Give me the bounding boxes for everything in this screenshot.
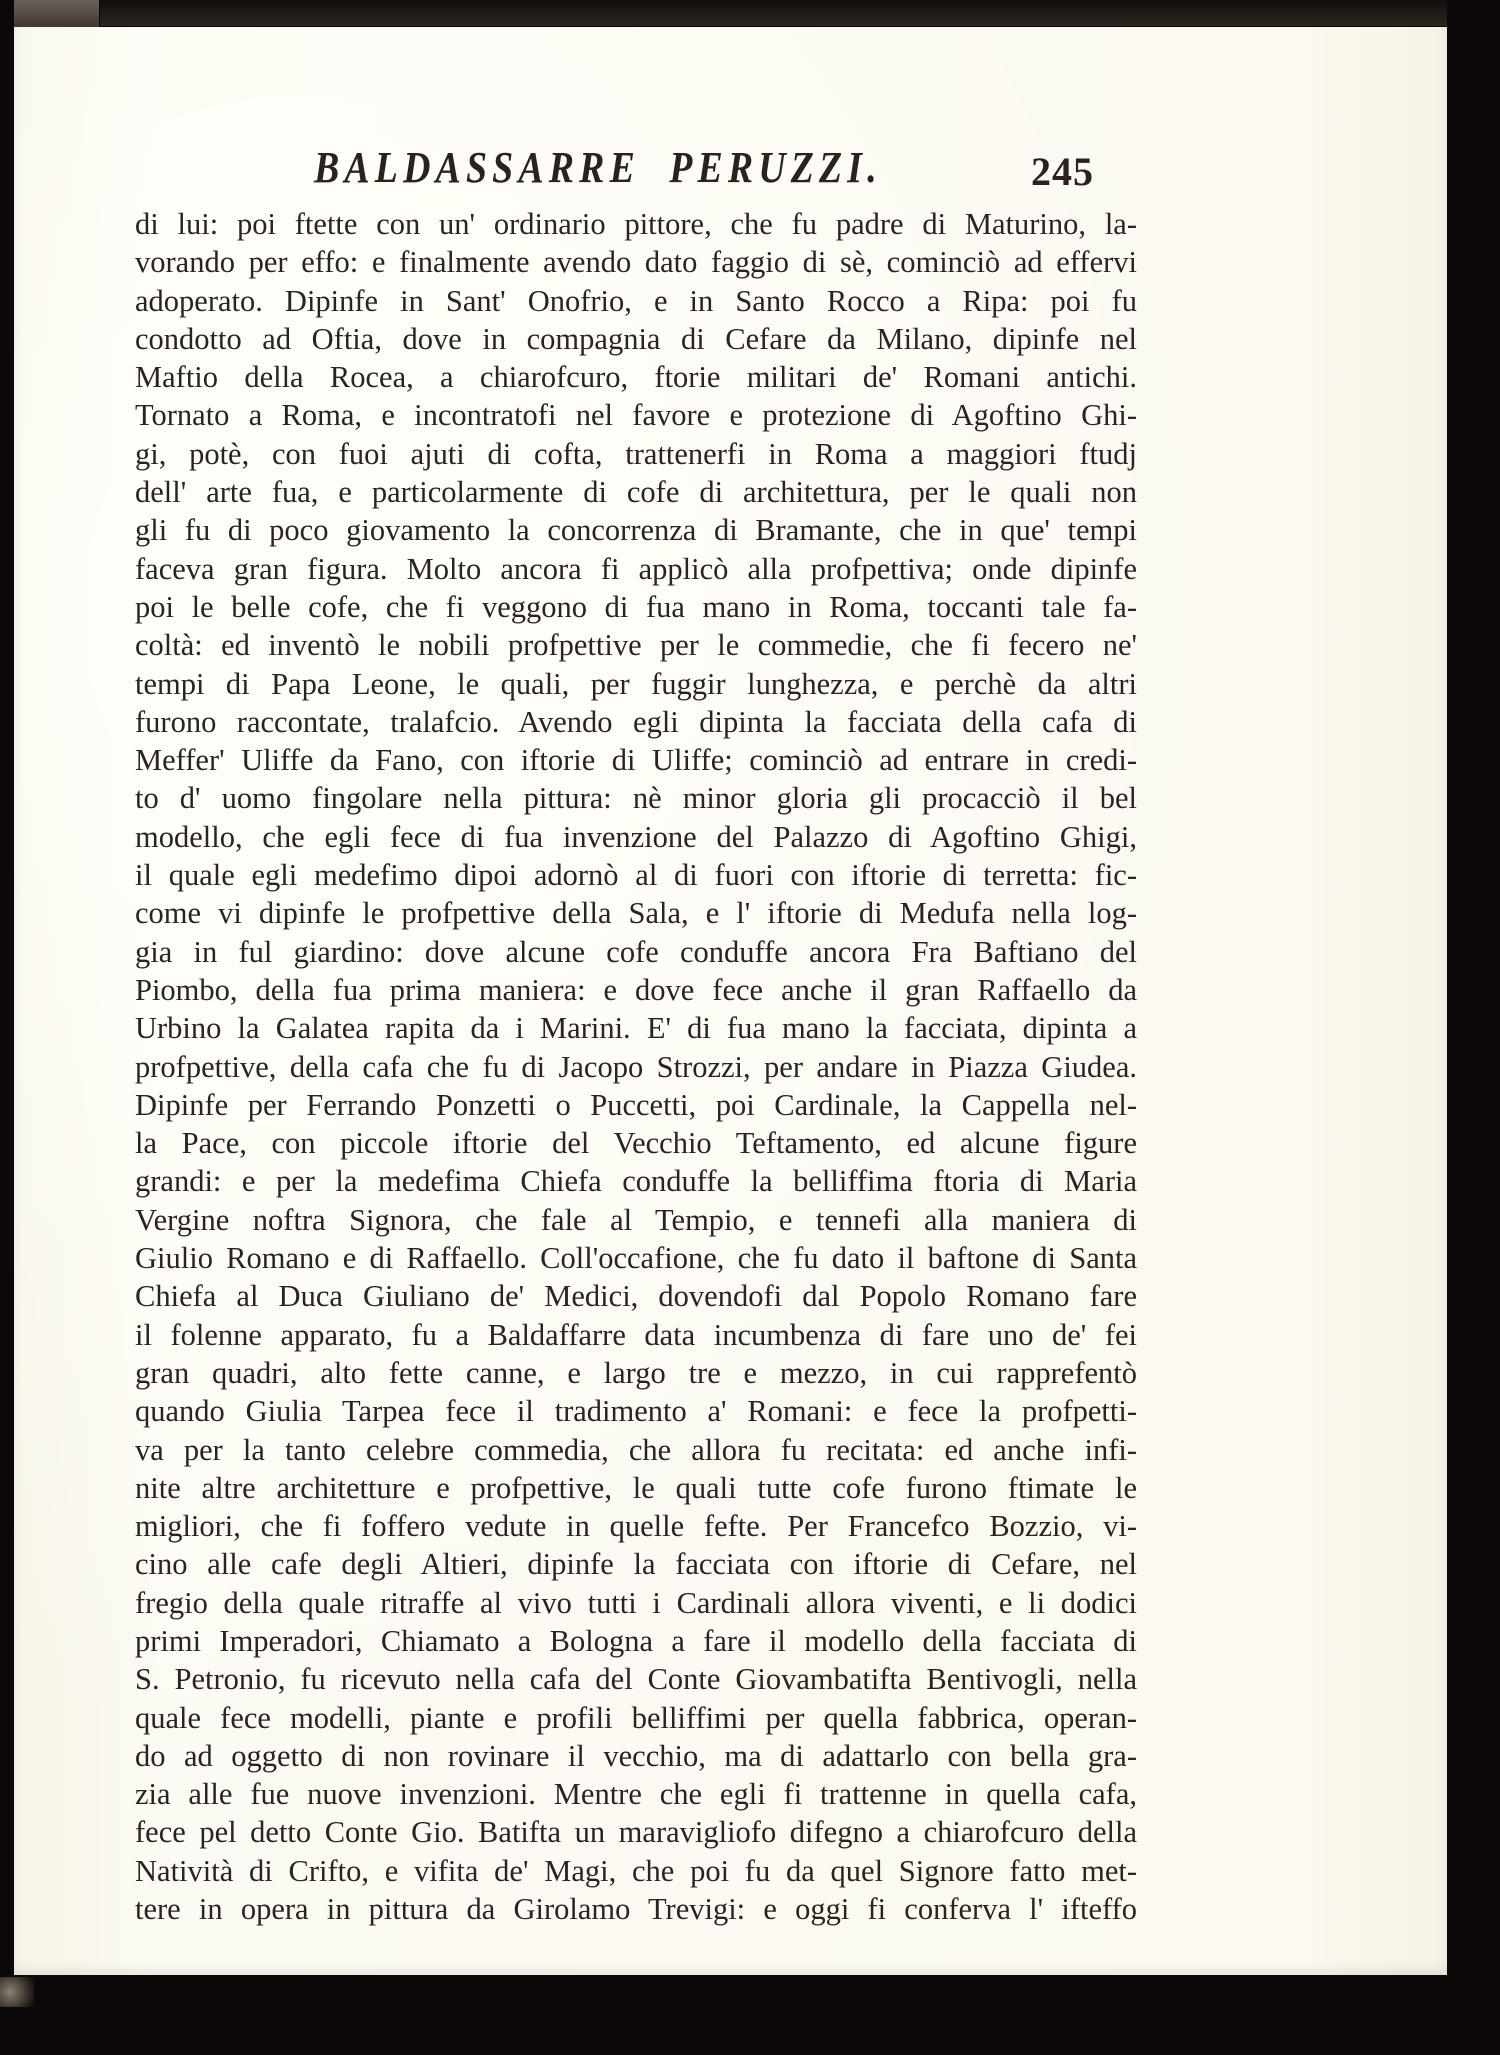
text-line: nite altre architetture e profpettive, l… — [135, 1469, 1137, 1507]
text-line: il folenne apparato, fu a Baldaffarre da… — [135, 1316, 1137, 1354]
text-line: Giulio Romano e di Raffaello. Coll'occaf… — [135, 1239, 1137, 1277]
scan-corner-mark — [0, 1977, 34, 2007]
text-line: zia alle fue nuove invenzioni. Mentre ch… — [135, 1775, 1137, 1813]
text-line: adoperato. Dipinfe in Sant' Onofrio, e i… — [135, 282, 1137, 320]
text-line: il quale egli medefimo dipoi adornò al d… — [135, 856, 1137, 894]
text-line: migliori, che fi foffero vedute in quell… — [135, 1507, 1137, 1545]
text-line: Piombo, della fua prima maniera: e dove … — [135, 971, 1137, 1009]
text-line: coltà: ed inventò le nobili profpettive … — [135, 626, 1137, 664]
text-line: vorando per effo: e finalmente avendo da… — [135, 243, 1137, 281]
text-line: modello, che egli fece di fua invenzione… — [135, 818, 1137, 856]
text-line: di lui: poi ftette con un' ordinario pit… — [135, 205, 1137, 243]
text-line: grandi: e per la medefima Chiefa conduff… — [135, 1162, 1137, 1200]
text-line: furono raccontate, tralafcio. Avendo egl… — [135, 703, 1137, 741]
text-line: va per la tanto celebre commedia, che al… — [135, 1431, 1137, 1469]
text-line: gli fu di poco giovamento la concorrenza… — [135, 511, 1137, 549]
text-line: cino alle cafe degli Altieri, dipinfe la… — [135, 1545, 1137, 1583]
body-text: di lui: poi ftette con un' ordinario pit… — [135, 205, 1137, 1928]
running-head: BALDASSARRE PERUZZI. 245 — [14, 142, 1447, 198]
text-line: poi le belle cofe, che fi veggono di fua… — [135, 588, 1137, 626]
scan-top-border — [100, 0, 1447, 26]
text-line: quale fece modelli, piante e profili bel… — [135, 1699, 1137, 1737]
text-line: faceva gran figura. Molto ancora fi appl… — [135, 550, 1137, 588]
text-line: dell' arte fua, e particolarmente di cof… — [135, 473, 1137, 511]
text-line: gran quadri, alto fette canne, e largo t… — [135, 1354, 1137, 1392]
text-line: Chiefa al Duca Giuliano de' Medici, dove… — [135, 1277, 1137, 1315]
running-title: BALDASSARRE PERUZZI. — [314, 142, 882, 193]
text-line: come vi dipinfe le profpettive della Sal… — [135, 894, 1137, 932]
text-line: condotto ad Oftia, dove in compagnia di … — [135, 320, 1137, 358]
text-line: primi Imperadori, Chiamato a Bologna a f… — [135, 1622, 1137, 1660]
book-page: BALDASSARRE PERUZZI. 245 di lui: poi fte… — [14, 27, 1447, 1975]
text-line: tempi di Papa Leone, le quali, per fuggi… — [135, 665, 1137, 703]
text-line: Meffer' Uliffe da Fano, con iftorie di U… — [135, 741, 1137, 779]
text-line: Dipinfe per Ferrando Ponzetti o Puccetti… — [135, 1086, 1137, 1124]
text-line: gi, potè, con fuoi ajuti di cofta, tratt… — [135, 435, 1137, 473]
text-line: do ad oggetto di non rovinare il vecchio… — [135, 1737, 1137, 1775]
text-line: Vergine noftra Signora, che fale al Temp… — [135, 1201, 1137, 1239]
text-line: fece pel detto Conte Gio. Batifta un mar… — [135, 1813, 1137, 1851]
text-line: profpettive, della cafa che fu di Jacopo… — [135, 1048, 1137, 1086]
text-line: tere in opera in pittura da Girolamo Tre… — [135, 1890, 1137, 1928]
page-number: 245 — [1031, 148, 1094, 195]
text-line: to d' uomo fingolare nella pittura: nè m… — [135, 779, 1137, 817]
text-line: Urbino la Galatea rapita da i Marini. E'… — [135, 1009, 1137, 1047]
text-line: quando Giulia Tarpea fece il tradimento … — [135, 1392, 1137, 1430]
text-line: Maftio della Rocea, a chiarofcuro, ftori… — [135, 358, 1137, 396]
text-line: fregio della quale ritraffe al vivo tutt… — [135, 1584, 1137, 1622]
text-line: Tornato a Roma, e incontratofi nel favor… — [135, 396, 1137, 434]
text-line: S. Petronio, fu ricevuto nella cafa del … — [135, 1660, 1137, 1698]
text-line: gia in ful giardino: dove alcune cofe co… — [135, 933, 1137, 971]
text-line: Natività di Crifto, e vifita de' Magi, c… — [135, 1852, 1137, 1890]
text-line: la Pace, con piccole iftorie del Vecchio… — [135, 1124, 1137, 1162]
